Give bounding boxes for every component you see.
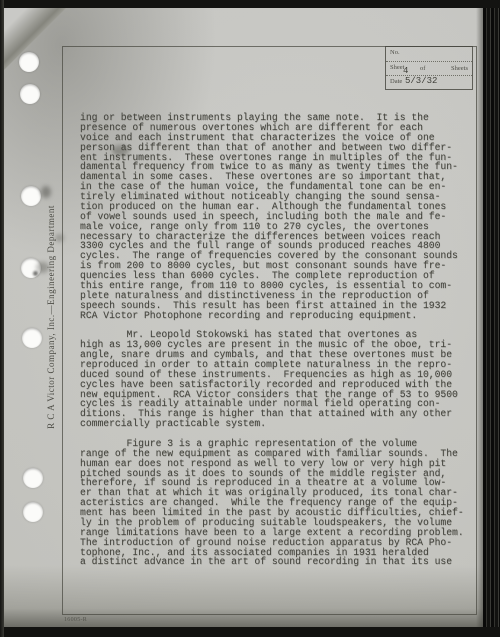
sheet-info-box: No. Sheet 4 of Sheets Date 5/3/32: [385, 46, 473, 90]
scan-edge-bottom: [0, 627, 500, 637]
date-row: Date 5/3/32: [386, 76, 472, 89]
sheet-number: 4: [403, 66, 408, 76]
no-row: No.: [386, 47, 472, 62]
scan-edge-left: [0, 0, 4, 637]
hole-punch: [23, 468, 43, 488]
hole-punch: [21, 186, 41, 206]
date-label: Date: [390, 78, 402, 85]
no-label: No.: [390, 49, 400, 56]
scanned-document-page: R C A Victor Company, Inc.—Engineering D…: [0, 0, 500, 637]
hole-punch: [23, 502, 43, 522]
page-edge-shadow: [476, 8, 483, 627]
typed-body-text: ing or between instruments playing the s…: [80, 113, 464, 567]
scan-edge-top: [0, 0, 500, 8]
hole-punch: [20, 84, 40, 104]
ink-smudge: [33, 271, 38, 276]
hole-punch: [22, 328, 42, 348]
of-label: of: [420, 65, 425, 72]
date-value: 5/3/32: [405, 76, 437, 86]
sheets-label: Sheets: [451, 65, 468, 72]
hole-punch: [19, 52, 39, 72]
form-number: 16005-R: [64, 617, 87, 623]
scan-edge-stripes: [483, 0, 500, 637]
sheet-row: Sheet 4 of Sheets: [386, 62, 472, 76]
letterhead-vertical-text: R C A Victor Company, Inc.—Engineering D…: [46, 185, 56, 449]
